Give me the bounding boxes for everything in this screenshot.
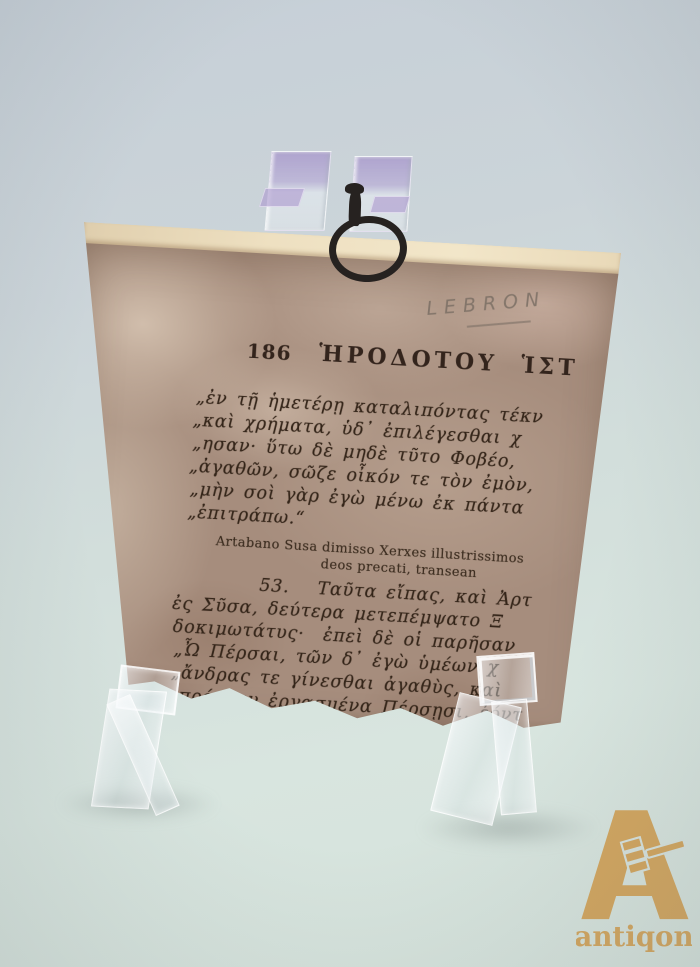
- handwritten-note: LEBRON: [426, 283, 617, 320]
- handwritten-underline: [467, 320, 531, 327]
- stand-upright-right-tab: [370, 196, 411, 213]
- stand-upright-left-tab: [259, 188, 305, 207]
- watermark-logo: antiqon: [576, 806, 692, 958]
- greek-line: „ἐπιτράπω.“: [187, 502, 306, 529]
- greek-line: „προθυμίην ἔχωμεν· ξυ—: [169, 732, 415, 757]
- page-number: 186: [246, 339, 292, 366]
- watermark-text: antiqon: [576, 920, 692, 952]
- hanging-ring-knob: [345, 183, 364, 195]
- running-title: ἩΡΟΔΟΤΟΥ ἹΣΤ: [318, 341, 579, 382]
- photo-scene: LEBRON 186 ἩΡΟΔΟΤΟΥ ἹΣΤ „ἐν τῇ ἡμετέρῃ κ…: [0, 0, 700, 967]
- gavel-a-icon: antiqon: [576, 806, 692, 952]
